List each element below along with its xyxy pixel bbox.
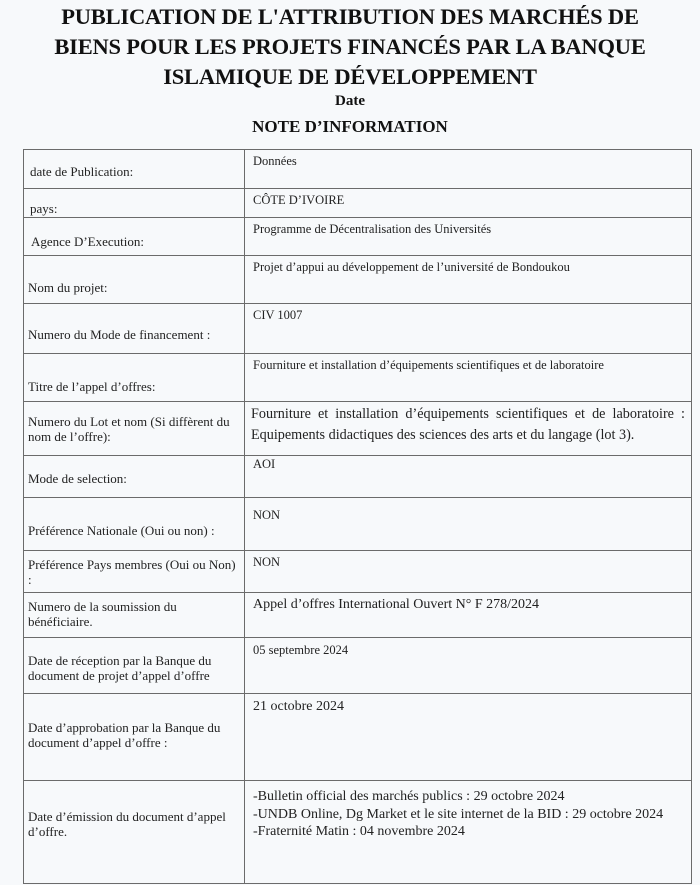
row-value-cell: CÔTE D’IVOIRE: [245, 189, 692, 218]
document-title-line: PUBLICATION DE L'ATTRIBUTION DES MARCHÉS…: [0, 2, 700, 32]
row-value: Fourniture et installation d’équipements…: [253, 358, 683, 373]
row-label: Préférence Nationale (Oui ou non) :: [28, 523, 248, 538]
row-value-cell: Fourniture et installation d’équipements…: [245, 354, 692, 402]
row-label-cell: Préférence Pays membres (Oui ou Non) :: [24, 551, 245, 593]
row-value: NON: [253, 555, 683, 570]
row-value-cell: NON: [245, 498, 692, 551]
row-value: CIV 1007: [253, 308, 683, 323]
row-label-cell: date de Publication:: [24, 150, 245, 189]
table-row: pays: CÔTE D’IVOIRE: [24, 189, 692, 218]
row-label-cell: Mode de selection:: [24, 456, 245, 498]
row-value-cell: Données: [245, 150, 692, 189]
table-row: Numero du Mode de financement : CIV 1007: [24, 304, 692, 354]
row-label-cell: Agence D’Execution:: [24, 218, 245, 256]
row-label: Mode de selection:: [28, 471, 242, 486]
row-value: CÔTE D’IVOIRE: [253, 193, 683, 208]
table-row: Numero du Lot et nom (Si diffèrent du no…: [24, 402, 692, 456]
row-value-cell: Appel d’offres International Ouvert N° F…: [245, 593, 692, 638]
table-row: Date d’émission du document d’appel d’of…: [24, 781, 692, 884]
table-row: Date de réception par la Banque du docum…: [24, 638, 692, 694]
table-row: Mode de selection: AOI: [24, 456, 692, 498]
table-row: Numero de la soumission du bénéficiaire.…: [24, 593, 692, 638]
row-label: Préférence Pays membres (Oui ou Non) :: [28, 557, 242, 587]
row-label-cell: Date d’approbation par la Banque du docu…: [24, 694, 245, 781]
row-label: Titre de l’appel d’offres:: [28, 379, 242, 394]
row-label: pays:: [30, 201, 242, 216]
row-value: NON: [253, 508, 683, 523]
information-table: date de Publication: Données pays: CÔTE …: [23, 149, 692, 884]
row-value-cell: Fourniture et installation d’équipements…: [245, 402, 692, 456]
row-value-line: -Fraternité Matin : 04 novembre 2024: [253, 823, 683, 841]
table-row: Préférence Pays membres (Oui ou Non) : N…: [24, 551, 692, 593]
row-label: Nom du projet:: [28, 280, 242, 295]
row-label-cell: Numero du Lot et nom (Si diffèrent du no…: [24, 402, 245, 456]
table-row: Préférence Nationale (Oui ou non) : NON: [24, 498, 692, 551]
table-row: Agence D’Execution: Programme de Décentr…: [24, 218, 692, 256]
row-label-cell: Préférence Nationale (Oui ou non) :: [24, 498, 245, 551]
row-label-cell: Numero du Mode de financement :: [24, 304, 245, 354]
row-label-cell: Date de réception par la Banque du docum…: [24, 638, 245, 694]
row-value: 21 octobre 2024: [253, 697, 683, 717]
row-value-line: -UNDB Online, Dg Market et le site inter…: [253, 806, 683, 824]
row-label-cell: Nom du projet:: [24, 256, 245, 304]
row-value: Fourniture et installation d’équipements…: [251, 404, 685, 445]
row-value: AOI: [253, 457, 683, 472]
row-value: Projet d’appui au développement de l’uni…: [253, 260, 683, 275]
row-label-cell: Titre de l’appel d’offres:: [24, 354, 245, 402]
row-label: Numero du Lot et nom (Si diffèrent du no…: [28, 414, 244, 444]
table-row: Date d’approbation par la Banque du docu…: [24, 694, 692, 781]
table-row: date de Publication: Données: [24, 150, 692, 189]
row-label: Date de réception par la Banque du docum…: [28, 653, 244, 683]
row-label: Date d’émission du document d’appel d’of…: [28, 809, 244, 839]
row-value-cell: Projet d’appui au développement de l’uni…: [245, 256, 692, 304]
row-value-cell: AOI: [245, 456, 692, 498]
row-value: 05 septembre 2024: [253, 643, 683, 658]
row-value-line: -Bulletin official des marchés publics :…: [253, 788, 683, 806]
row-label: Numero du Mode de financement :: [28, 327, 242, 342]
document-title-line: ISLAMIQUE DE DÉVELOPPEMENT: [0, 62, 700, 92]
row-label: Numero de la soumission du bénéficiaire.: [28, 599, 242, 629]
row-value-cell: 05 septembre 2024: [245, 638, 692, 694]
row-value-cell: 21 octobre 2024: [245, 694, 692, 781]
row-label: Date d’approbation par la Banque du docu…: [28, 720, 244, 750]
row-label: Agence D’Execution:: [31, 234, 242, 249]
row-label-cell: Numero de la soumission du bénéficiaire.: [24, 593, 245, 638]
row-value-cell: NON: [245, 551, 692, 593]
row-value: Données: [253, 154, 683, 169]
row-label-cell: pays:: [24, 189, 245, 218]
row-label-cell: Date d’émission du document d’appel d’of…: [24, 781, 245, 884]
date-heading: Date: [0, 93, 700, 110]
table-row: Nom du projet: Projet d’appui au dévelop…: [24, 256, 692, 304]
row-value: Appel d’offres International Ouvert N° F…: [253, 595, 683, 615]
row-value-cell: -Bulletin official des marchés publics :…: [245, 781, 692, 884]
row-value-cell: Programme de Décentralisation des Univer…: [245, 218, 692, 256]
note-heading: NOTE D’INFORMATION: [0, 117, 700, 137]
row-label: date de Publication:: [30, 164, 242, 179]
document-title-line: BIENS POUR LES PROJETS FINANCÉS PAR LA B…: [0, 32, 700, 62]
row-value-cell: CIV 1007: [245, 304, 692, 354]
table-row: Titre de l’appel d’offres: Fourniture et…: [24, 354, 692, 402]
row-value: Programme de Décentralisation des Univer…: [253, 222, 683, 237]
document-title: PUBLICATION DE L'ATTRIBUTION DES MARCHÉS…: [0, 0, 700, 92]
